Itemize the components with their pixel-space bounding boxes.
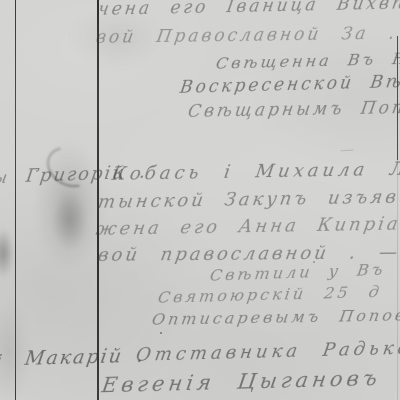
- cutoff-letter-fragment: і: [0, 354, 3, 371]
- column-rule-far-left: [15, 0, 17, 400]
- handwriting-line: Отставника Радько и: [135, 339, 400, 365]
- handwriting-line: вой Православной За . . . —: [95, 24, 400, 47]
- handwriting-line: жена его Анна Кипріанова: [95, 215, 400, 239]
- handwriting-line: Евгенія Цыгановъ Сод: [100, 366, 400, 396]
- handwriting-line: Святоюрскій 25 д: [157, 284, 383, 306]
- cutoff-letter-fragment: ы: [0, 170, 8, 186]
- handwriting-line: Воскресенской Вѣр: [179, 74, 400, 97]
- entry-name-makarij: Макарій .: [24, 347, 147, 369]
- ink-smudge-left-edge: [0, 228, 14, 278]
- manuscript-scan-page: — чена его Іваница Вихвѣдов вой Правосла…: [0, 0, 400, 400]
- handwriting-line: тынской Закупъ изъявивша: [97, 188, 400, 212]
- faint-dash-mark: —: [339, 143, 354, 158]
- ink-smudge-mid: [52, 192, 88, 250]
- handwriting-line: Оптисаревымъ Попови: [151, 307, 400, 328]
- handwriting-line: Свѣщарнымъ Попови: [187, 99, 400, 121]
- ink-speck: [160, 332, 162, 334]
- handwriting-line: чена его Іваница Вихвѣдов: [97, 0, 400, 19]
- ink-smudge-haze: [34, 140, 104, 270]
- handwriting-line: Свѣщенна Въ Нов: [215, 50, 400, 72]
- handwriting-line: Кобась і Михаила Лярн: [111, 160, 400, 184]
